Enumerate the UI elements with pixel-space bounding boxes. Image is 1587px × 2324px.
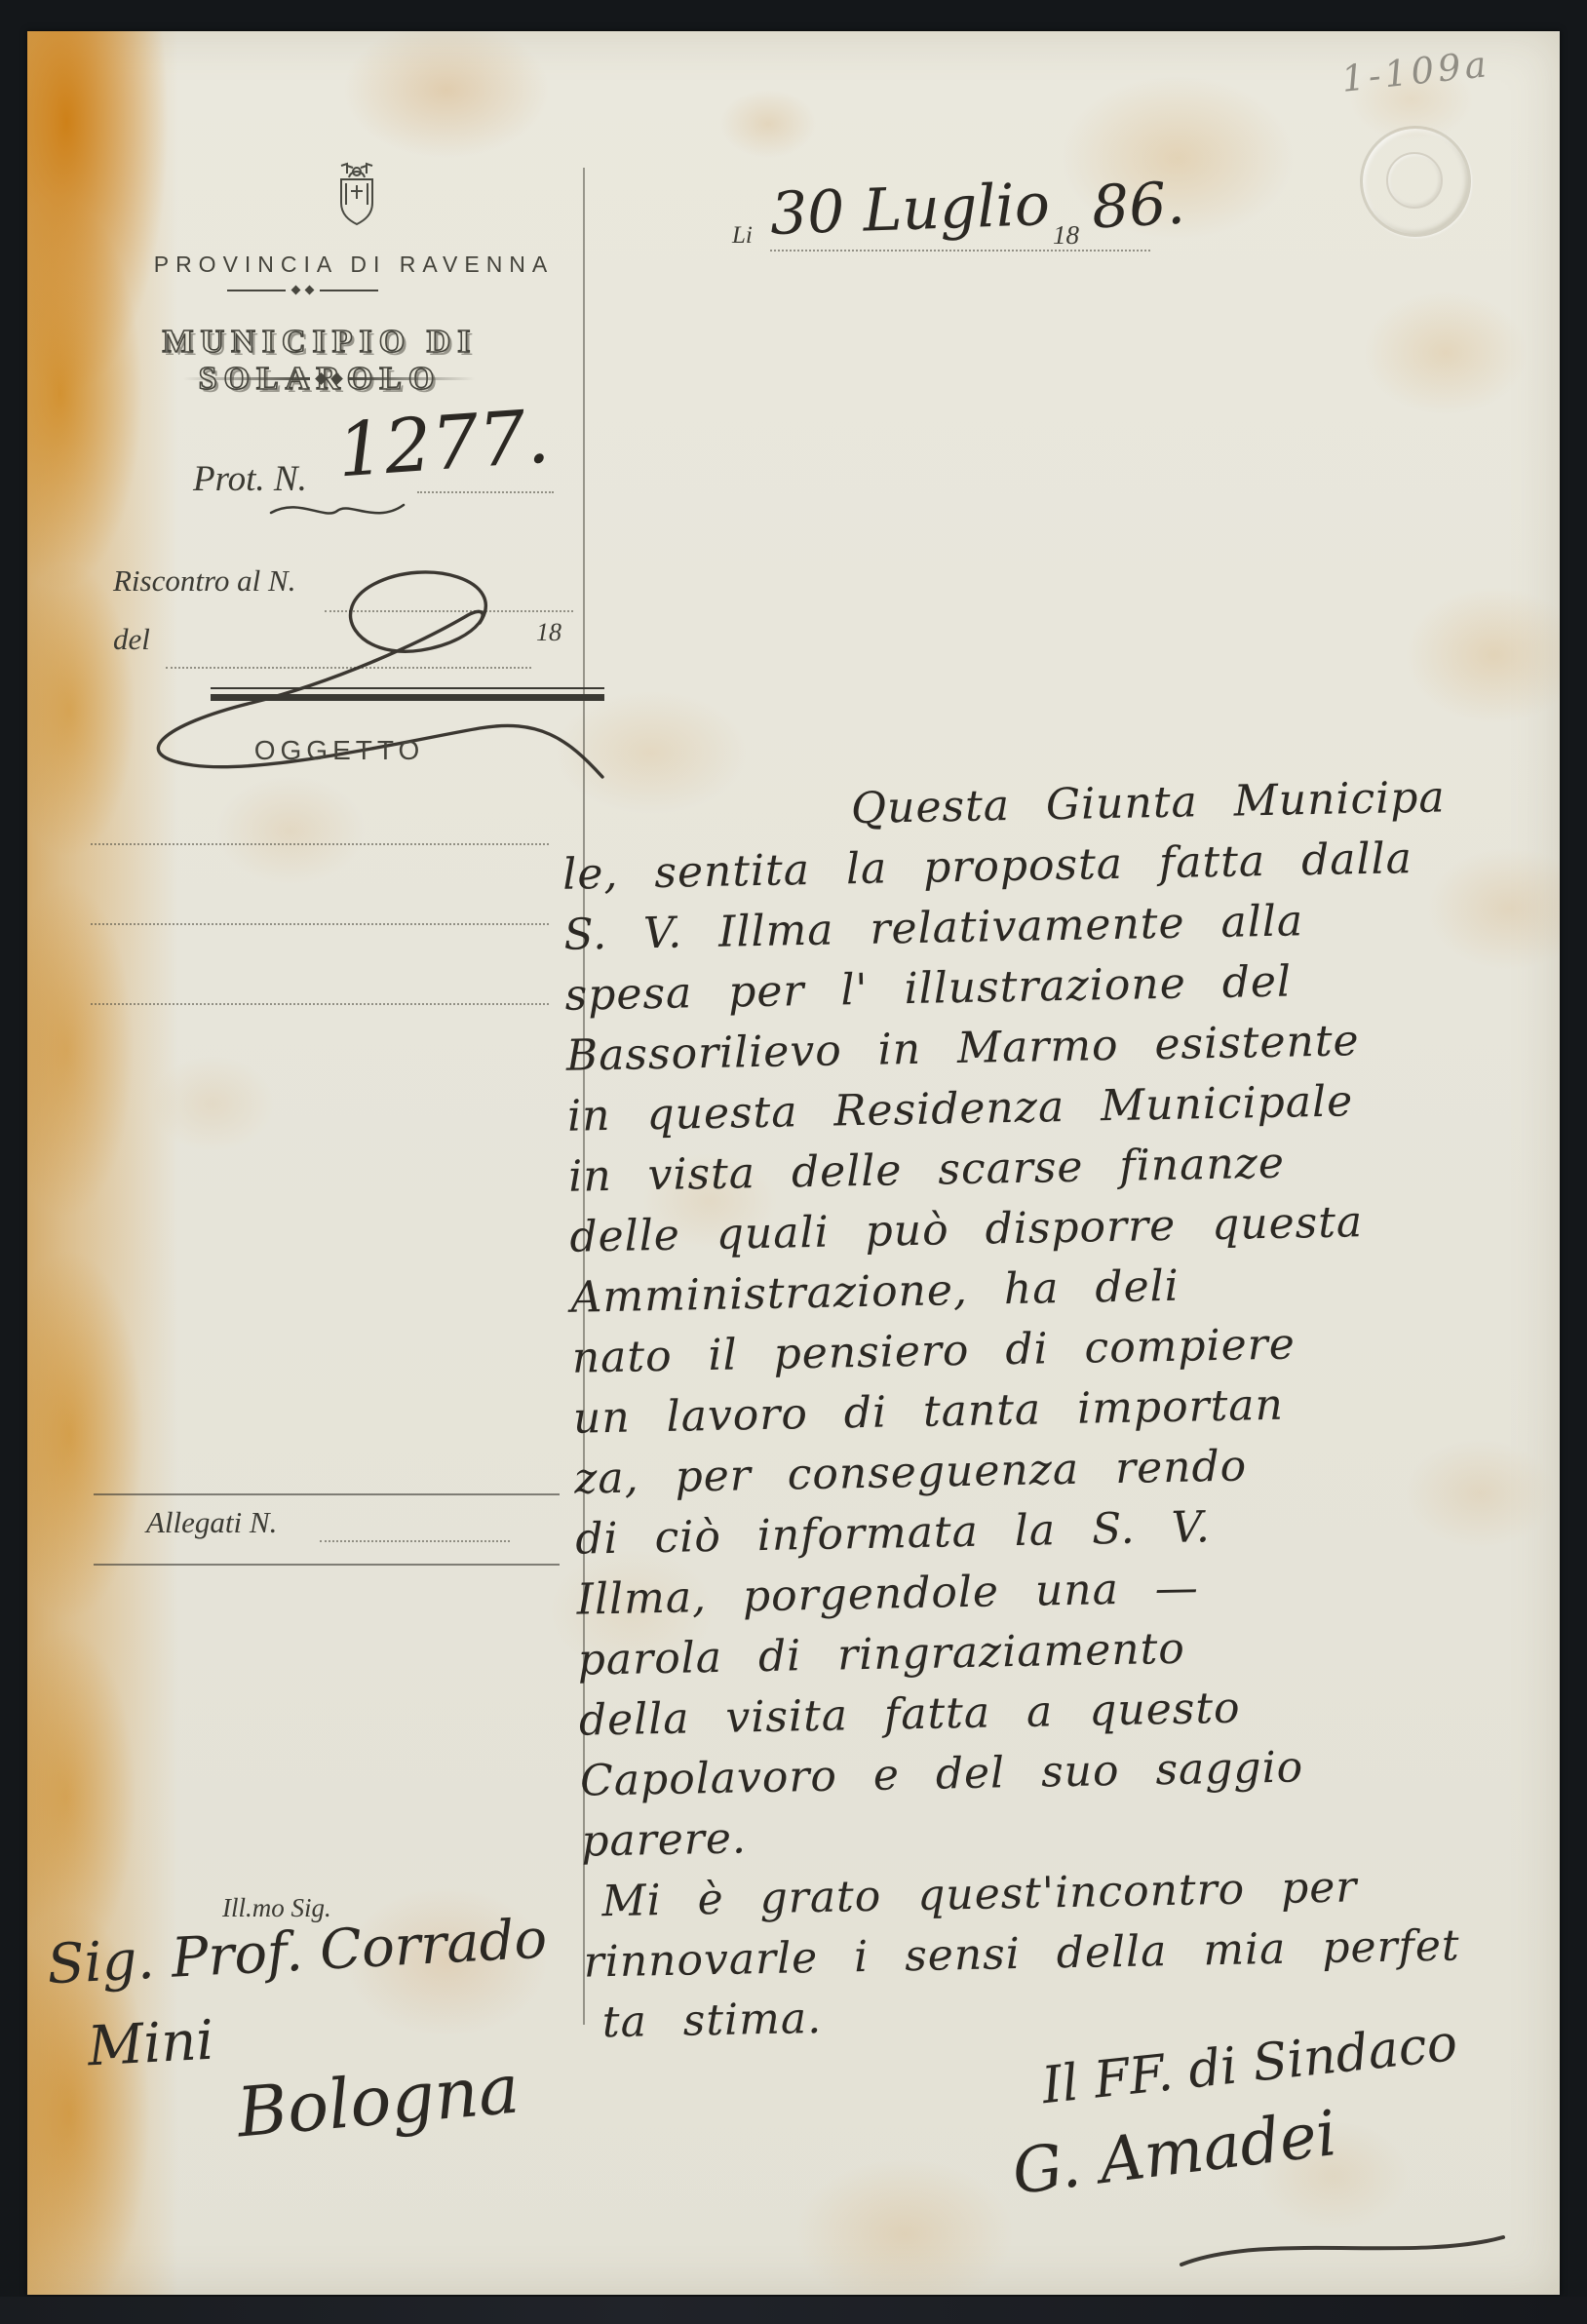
allegati-label: Allegati N. bbox=[146, 1505, 277, 1540]
date-li-label: Li bbox=[732, 222, 753, 250]
archive-number-annotation: 1-109a bbox=[1339, 43, 1491, 100]
date-dotted-line bbox=[770, 248, 1150, 252]
date-year-prefix: 18 bbox=[1053, 220, 1079, 251]
letterhead-province: PROVINCIA DI RAVENNA bbox=[130, 252, 578, 278]
ornament-divider-small bbox=[227, 287, 378, 293]
oggetto-dotted-line-1 bbox=[91, 841, 549, 845]
letterhead-municipality: MUNICIPIO DI SOLAROLO bbox=[86, 324, 554, 398]
allegati-rule-top bbox=[94, 1493, 560, 1495]
oggetto-label: OGGETTO bbox=[242, 735, 437, 766]
date-day-month: 30 Luglio bbox=[769, 171, 1051, 249]
recipient-city: Bologna bbox=[234, 2049, 523, 2153]
letter-body: Questa Giunta Municipa le, sentita la pr… bbox=[561, 770, 1570, 2058]
allegati-dotted-line bbox=[320, 1538, 510, 1542]
scan-background: PROVINCIA DI RAVENNA MUNICIPIO DI SOLARO… bbox=[0, 0, 1587, 2324]
date-year-script: 86. bbox=[1090, 170, 1186, 243]
prot-number-dotted-line bbox=[417, 489, 554, 493]
signature: G. Amadei bbox=[1009, 2098, 1340, 2209]
oggetto-rule-thick bbox=[211, 694, 604, 701]
embossed-stamp-inner-ring bbox=[1386, 152, 1443, 209]
coat-of-arms-icon bbox=[333, 160, 380, 228]
ornament-divider-large bbox=[183, 374, 475, 383]
oggetto-rule-thin bbox=[211, 687, 604, 689]
oggetto-dotted-line-2 bbox=[91, 921, 549, 925]
oggetto-dotted-line-3 bbox=[91, 1001, 549, 1005]
recipient-name-line1: Sig. Prof. Corrado bbox=[46, 1908, 549, 1997]
embossed-stamp-icon bbox=[1360, 126, 1471, 237]
letter-page: PROVINCIA DI RAVENNA MUNICIPIO DI SOLARO… bbox=[27, 31, 1560, 2295]
prot-ornament-flourish bbox=[269, 499, 406, 529]
prot-number-label: Prot. N. bbox=[193, 458, 307, 500]
prot-number-value: 1277. bbox=[334, 393, 552, 494]
allegati-rule-bottom bbox=[94, 1564, 560, 1566]
recipient-name-line2: Mini bbox=[86, 2009, 214, 2079]
signature-swash bbox=[1178, 2229, 1509, 2278]
